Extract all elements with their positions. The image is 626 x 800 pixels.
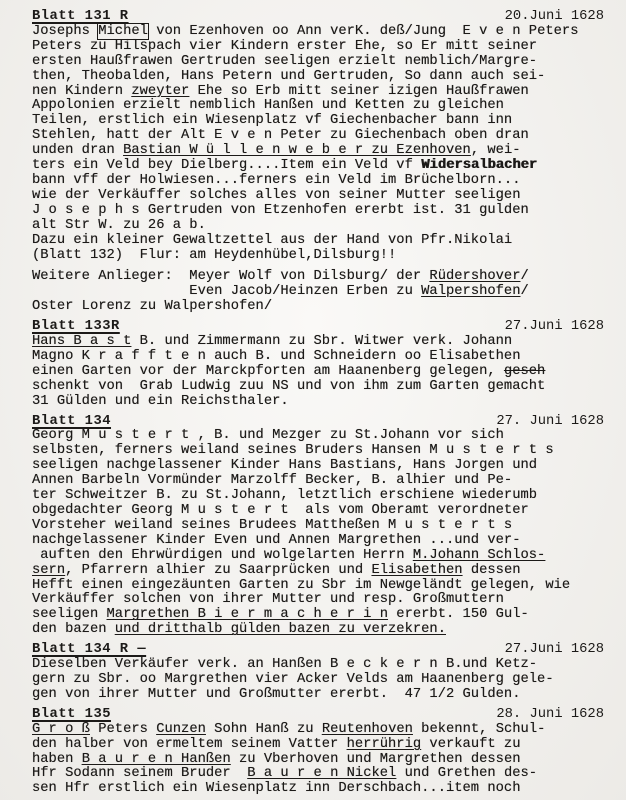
text-line: Teilen, erstlich ein Wiesenplatz vf Giec… <box>32 114 604 129</box>
entry-heading-line: Blatt 131 R20.Juni 1628 <box>32 10 604 25</box>
text-line: wie der Verkäuffer solches alles von sei… <box>32 189 604 204</box>
text-segment: zweyter <box>131 84 189 99</box>
text-segment: Verkäuffer solchen von ihrer Mutter und … <box>32 592 504 607</box>
text-line: bann vff der Holwiesen...ferners ein Vel… <box>32 174 604 189</box>
text-segment: / <box>521 284 529 299</box>
text-line: nachgelassener Kinder Even und Annen Mar… <box>32 534 604 549</box>
text-line: ter Schweitzer B. zu St.Johann, letztlic… <box>32 489 604 504</box>
entry: Blatt 13427. Juni 1628Georg M u s t e r … <box>32 415 604 639</box>
text-line: den halber von ermeltem seinem Vatter he… <box>32 738 604 753</box>
text-line: Annen Barbeln Vormünder Marzolff Becker,… <box>32 474 604 489</box>
text-line: Dazu ein kleiner Gewaltzettel aus der Ha… <box>32 234 604 249</box>
text-segment: alt Str W. zu 26 a b. <box>32 218 206 233</box>
entries: Blatt 131 R20.Juni 1628Josephs Michel vo… <box>32 10 604 797</box>
text-segment: B a u r e n Hanßen <box>82 752 231 767</box>
scanned-document-page: Blatt 131 R20.Juni 1628Josephs Michel vo… <box>0 0 626 800</box>
entry-heading: Blatt 131 R <box>32 10 129 25</box>
text-segment: nachgelassener Kinder Even und Annen Mar… <box>32 533 521 548</box>
entry-date: 27. Juni 1628 <box>496 415 604 430</box>
text-segment: bekennt, Schul- <box>413 722 545 737</box>
entry: Blatt 134 R —27.Juni 1628Dieselben Verkä… <box>32 643 604 703</box>
text-segment: selbsten, ferners weiland seines Bruders… <box>32 443 554 458</box>
entry-date: 27.Juni 1628 <box>505 320 604 335</box>
text-segment: / <box>521 269 529 284</box>
text-segment: verkauft zu <box>421 737 520 752</box>
text-line: ters ein Veld bey Dielberg....Item ein V… <box>32 159 604 174</box>
entry: Blatt 131 R20.Juni 1628Josephs Michel vo… <box>32 10 604 315</box>
text-segment: Appolonien erzielt nemblich Hanßen und K… <box>32 98 504 113</box>
text-line: Oster Lorenz zu Walpershofen/ <box>32 300 604 315</box>
text-line: ersten Haußfrawen Gertruden seeligen erz… <box>32 55 604 70</box>
text-segment: Cunzen <box>156 722 206 737</box>
entry-heading-line: Blatt 133R27.Juni 1628 <box>32 320 604 335</box>
text-segment: Rüdershover <box>429 269 520 284</box>
text-segment: schenkt von Grab Ludwig zuu NS und von i… <box>32 379 545 394</box>
text-segment: wie der Verkäuffer solches alles von sei… <box>32 188 521 203</box>
entry-heading-line: Blatt 134 R —27.Juni 1628 <box>32 643 604 658</box>
text-segment: Elisabethen <box>371 563 462 578</box>
text-line: then, Theobalden, Hans Petern und Gertru… <box>32 70 604 85</box>
text-segment: ererbt. 150 Gul- <box>388 607 529 622</box>
text-segment: herrührig <box>347 737 422 752</box>
entry-heading: Blatt 135 <box>32 708 111 723</box>
text-segment: dessen <box>463 563 521 578</box>
text-line: sern, Pfarrern alhier zu Saarprücken und… <box>32 564 604 579</box>
text-segment: sen Hfr erstlich ein Wiesenplatz inn Der… <box>32 781 521 796</box>
entry-heading: Blatt 134 R — <box>32 643 146 658</box>
text-segment: ter Schweitzer B. zu St.Johann, letztlic… <box>32 488 537 503</box>
text-segment: Hans B a s t <box>32 334 131 349</box>
text-segment: Annen Barbeln Vormünder Marzolff Becker,… <box>32 473 512 488</box>
text-segment: haben <box>32 752 82 767</box>
entry: Blatt 13528. Juni 1628G r o ß Peters Cun… <box>32 708 604 797</box>
text-line: Hans B a s t B. und Zimmermann zu Sbr. W… <box>32 335 604 350</box>
entry-date: 28. Juni 1628 <box>496 708 604 723</box>
text-segment: M.Johann Schlos- <box>413 548 545 563</box>
text-segment: Hfr Sodann seinem Bruder <box>32 766 247 781</box>
text-segment: gern zu Sbr. oo Margrethen vier Acker Ve… <box>32 672 554 687</box>
text-line: Dieselben Verkäufer verk. an Hanßen B e … <box>32 658 604 673</box>
text-segment: J o s e p h s Gertruden von Etzenhofen e… <box>32 203 529 218</box>
text-segment: und dritthalb gülden bazen zu verzekren. <box>115 622 446 637</box>
text-segment: Weitere Anlieger: Meyer Wolf von Dilsbur… <box>32 269 429 284</box>
text-segment: Dieselben Verkäufer verk. an Hanßen B e … <box>32 657 537 672</box>
text-line: Even Jacob/Heinzen Erben zu Walpershofen… <box>32 285 604 300</box>
text-line: 31 Gülden und ein Reichsthaler. <box>32 395 604 410</box>
entry-date: 27.Juni 1628 <box>505 643 604 658</box>
text-segment: , Pfarrern alhier zu Saarprücken und <box>65 563 371 578</box>
text-line: Vorsteher weiland seines Brudees Mattheß… <box>32 519 604 534</box>
text-line: G r o ß Peters Cunzen Sohn Hanß zu Reute… <box>32 723 604 738</box>
text-segment: Widersalbacher <box>421 158 537 173</box>
text-segment: Georg M u s t e r t , B. und Mezger zu S… <box>32 428 504 443</box>
text-segment: von Ezenhoven oo Ann verK. deß/Jung E v … <box>148 24 579 39</box>
text-segment: , wei- <box>471 143 521 158</box>
entry: Blatt 133R27.Juni 1628Hans B a s t B. un… <box>32 320 604 409</box>
text-line: gern zu Sbr. oo Margrethen vier Acker Ve… <box>32 673 604 688</box>
text-segment: Oster Lorenz zu Walpershofen/ <box>32 299 272 314</box>
text-segment: Hefft einen eingezäunten Garten zu Sbr i… <box>32 578 570 593</box>
entry-date: 20.Juni 1628 <box>505 10 604 25</box>
text-segment: Teilen, erstlich ein Wiesenplatz vf Giec… <box>32 113 512 128</box>
text-segment: nen Kindern <box>32 84 131 99</box>
text-segment: den halber von ermeltem seinem Vatter <box>32 737 347 752</box>
text-segment: Dazu ein kleiner Gewaltzettel aus der Ha… <box>32 233 512 248</box>
text-segment: Ehe so Erb mitt seiner izigen Haußfrawen <box>189 84 528 99</box>
text-segment: Reutenhoven <box>322 722 413 737</box>
text-segment: sern <box>32 563 65 578</box>
text-segment: Bastian W ü l l e n w e b e r zu Ezenhov… <box>123 143 471 158</box>
text-segment: ters ein Veld bey Dielberg....Item ein V… <box>32 158 421 173</box>
text-line: schenkt von Grab Ludwig zuu NS und von i… <box>32 380 604 395</box>
text-segment: einen Garten vor der Marckpforten am Haa… <box>32 364 504 379</box>
text-segment: Josephs <box>32 24 98 39</box>
text-segment: Vorsteher weiland seines Brudees Mattheß… <box>32 518 512 533</box>
text-line: gen von ihrer Mutter und Großmutter erer… <box>32 688 604 703</box>
text-segment: Peters <box>90 722 156 737</box>
text-line: (Blatt 132) Flur: am Heydenhübel,Dilsbur… <box>32 249 604 264</box>
text-line: alt Str W. zu 26 a b. <box>32 219 604 234</box>
text-line: einen Garten vor der Marckpforten am Haa… <box>32 365 604 380</box>
text-segment: geseh <box>504 364 545 379</box>
text-line: den bazen und dritthalb gülden bazen zu … <box>32 623 604 638</box>
text-segment: seeligen <box>32 607 107 622</box>
text-line: Magno K r a f f t e n auch B. und Schnei… <box>32 350 604 365</box>
text-line: Josephs Michel von Ezenhoven oo Ann verK… <box>32 25 604 40</box>
text-segment: Even Jacob/Heinzen Erben zu <box>32 284 421 299</box>
text-segment: Walpershofen <box>421 284 520 299</box>
text-line: seeligen nachgelassener Kinder Hans Bast… <box>32 459 604 474</box>
text-segment: Peters zu Hilspach vier Kindern erster E… <box>32 39 537 54</box>
text-segment: ersten Haußfrawen Gertruden seeligen erz… <box>32 54 537 69</box>
text-line: obgedachter Georg M u s t e r t als vom … <box>32 504 604 519</box>
text-line: seeligen Margrethen B i e r m a c h e r … <box>32 608 604 623</box>
text-segment: Michel <box>98 24 148 39</box>
text-segment: Magno K r a f f t e n auch B. und Schnei… <box>32 349 521 364</box>
text-line: Stehlen, hatt der Alt E v e n Peter zu G… <box>32 129 604 144</box>
text-segment: den bazen <box>32 622 115 637</box>
text-segment: Stehlen, hatt der Alt E v e n Peter zu G… <box>32 128 529 143</box>
text-segment: obgedachter Georg M u s t e r t als vom … <box>32 503 529 518</box>
text-segment: G r o ß <box>32 722 90 737</box>
text-segment: Sohn Hanß zu <box>206 722 322 737</box>
entry-heading-line: Blatt 13528. Juni 1628 <box>32 708 604 723</box>
text-segment: unden dran <box>32 143 123 158</box>
text-segment: then, Theobalden, Hans Petern und Gertru… <box>32 69 545 84</box>
text-segment: und Grethen des- <box>396 766 537 781</box>
text-line: unden dran Bastian W ü l l e n w e b e r… <box>32 144 604 159</box>
entry-heading: Blatt 133R <box>32 320 120 335</box>
text-segment: zu Vberhoven und Margrethen dessen <box>231 752 521 767</box>
text-segment: bann vff der Holwiesen...ferners ein Vel… <box>32 173 521 188</box>
text-line: auften den Ehrwürdigen und wolgelarten H… <box>32 549 604 564</box>
text-segment: B a u r e n Nickel <box>247 766 396 781</box>
text-segment: auften den Ehrwürdigen und wolgelarten H… <box>32 548 413 563</box>
text-segment: 31 Gülden und ein Reichsthaler. <box>32 394 289 409</box>
text-segment: Margrethen B i e r m a c h e r i n <box>107 607 389 622</box>
text-segment: (Blatt 132) Flur: am Heydenhübel,Dilsbur… <box>32 248 396 263</box>
text-segment: gen von ihrer Mutter und Großmutter erer… <box>32 687 521 702</box>
text-line: J o s e p h s Gertruden von Etzenhofen e… <box>32 204 604 219</box>
text-line: sen Hfr erstlich ein Wiesenplatz inn Der… <box>32 782 604 797</box>
text-segment: seeligen nachgelassener Kinder Hans Bast… <box>32 458 537 473</box>
text-line: Peters zu Hilspach vier Kindern erster E… <box>32 40 604 55</box>
text-segment: B. und Zimmermann zu Sbr. Witwer verk. J… <box>131 334 512 349</box>
